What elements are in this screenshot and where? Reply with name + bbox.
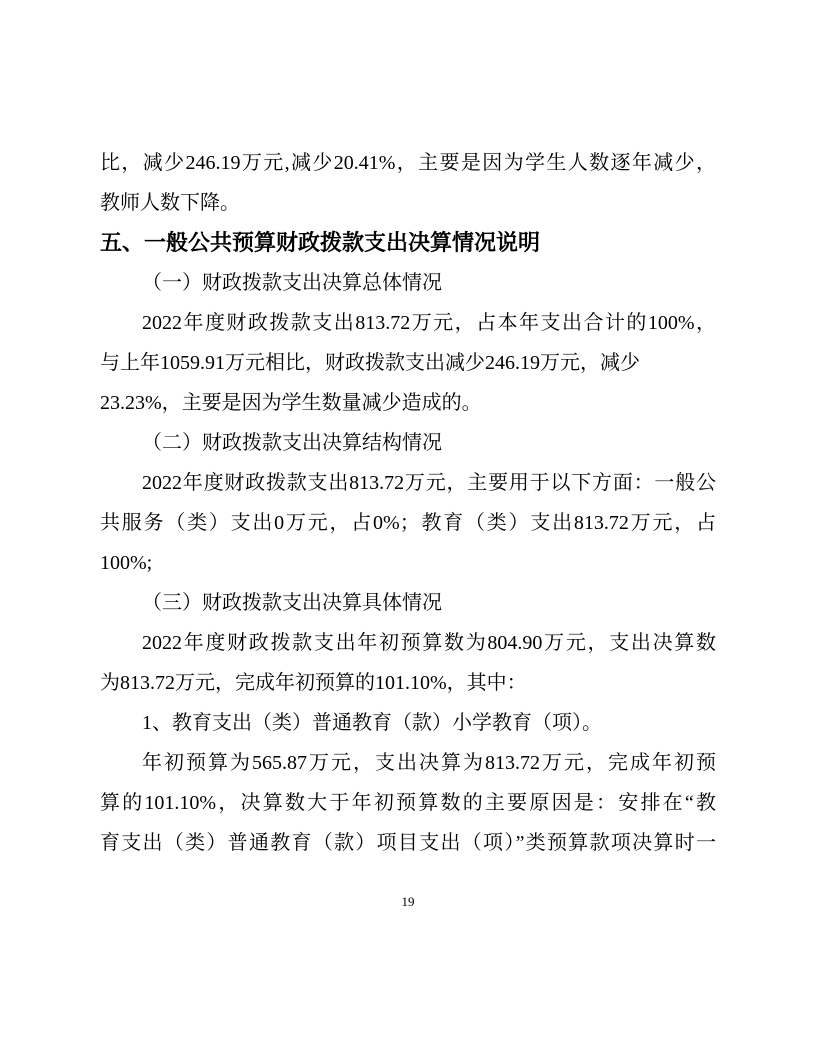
- body-line: 共服务（类）支出0万元，占0%；教育（类）支出813.72万元，占: [100, 503, 716, 543]
- body-line: 100%;: [100, 543, 716, 583]
- subsection-heading: （三）财政拨款支出决算具体情况: [100, 583, 716, 623]
- subsection-heading: （二）财政拨款支出决算结构情况: [100, 423, 716, 463]
- body-line: 比，减少246.19万元,减少20.41%，主要是因为学生人数逐年减少，: [100, 143, 716, 183]
- body-line: 2022年度财政拨款支出813.72万元，占本年支出合计的100%，: [100, 303, 716, 343]
- section-heading: 五、一般公共预算财政拨款支出决算情况说明: [100, 223, 716, 263]
- body-line: 算的101.10%，决算数大于年初预算数的主要原因是：安排在“教: [100, 783, 716, 823]
- document-page: 比，减少246.19万元,减少20.41%，主要是因为学生人数逐年减少， 教师人…: [0, 0, 816, 1056]
- body-line: 育支出（类）普通教育（款）项目支出（项）”类预算款项决算时一: [100, 823, 716, 863]
- body-line: 2022年度财政拨款支出813.72万元，主要用于以下方面：一般公: [100, 463, 716, 503]
- subsection-heading: （一）财政拨款支出决算总体情况: [100, 263, 716, 303]
- body-line: 23.23%，主要是因为学生数量减少造成的。: [100, 383, 716, 423]
- document-body: 比，减少246.19万元,减少20.41%，主要是因为学生人数逐年减少， 教师人…: [100, 143, 716, 863]
- page-number: 19: [0, 892, 816, 912]
- body-line: 教师人数下降。: [100, 183, 716, 223]
- body-line: 年初预算为565.87万元，支出决算为813.72万元，完成年初预: [100, 743, 716, 783]
- body-line: 为813.72万元，完成年初预算的101.10%，其中：: [100, 663, 716, 703]
- body-line: 1、教育支出（类）普通教育（款）小学教育（项）。: [100, 703, 716, 743]
- body-line: 2022年度财政拨款支出年初预算数为804.90万元，支出决算数: [100, 623, 716, 663]
- body-line: 与上年1059.91万元相比，财政拨款支出减少246.19万元，减少: [100, 343, 716, 383]
